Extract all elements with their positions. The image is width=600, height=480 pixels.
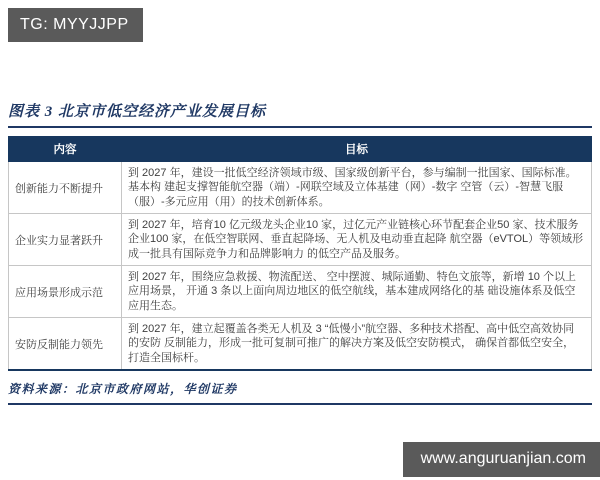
report-figure: 图表 3 北京市低空经济产业发展目标 内容 目标 创新能力不断提升 到 2027…	[8, 100, 592, 405]
table-row: 创新能力不断提升 到 2027 年，建设一批低空经济领域市级、国家级创新平台，参…	[9, 162, 592, 214]
row-content-label: 应用场景形成示范	[9, 266, 122, 318]
header-cell-target: 目标	[122, 137, 592, 162]
row-target-text: 到 2027 年，建设一批低空经济领域市级、国家级创新平台，参与编制一批国家、国…	[122, 162, 592, 214]
table-row: 应用场景形成示范 到 2027 年，围绕应急救援、物流配送、 空中摆渡、城际通勤…	[9, 266, 592, 318]
row-target-text: 到 2027 年，培育10 亿元级龙头企业10 家，过亿元产业链核心环节配套企业…	[122, 214, 592, 266]
row-content-label: 创新能力不断提升	[9, 162, 122, 214]
table-header-row: 内容 目标	[9, 137, 592, 162]
title-rule	[8, 126, 592, 128]
row-content-label: 企业实力显著跃升	[9, 214, 122, 266]
table-row: 安防反制能力领先 到 2027 年，建立起覆盖各类无人机及 3 “低慢小”航空器…	[9, 318, 592, 371]
tg-watermark-badge: TG: MYYJJPP	[8, 8, 143, 42]
row-target-text: 到 2027 年，建立起覆盖各类无人机及 3 “低慢小”航空器、多种技术搭配、高…	[122, 318, 592, 371]
development-goals-table: 内容 目标 创新能力不断提升 到 2027 年，建设一批低空经济领域市级、国家级…	[8, 136, 592, 371]
bottom-rule	[8, 403, 592, 405]
row-target-text: 到 2027 年，围绕应急救援、物流配送、 空中摆渡、城际通勤、特色文旅等，新增…	[122, 266, 592, 318]
table-row: 企业实力显著跃升 到 2027 年，培育10 亿元级龙头企业10 家，过亿元产业…	[9, 214, 592, 266]
figure-title: 图表 3 北京市低空经济产业发展目标	[8, 100, 592, 121]
site-watermark-badge: www.anguruanjian.com	[403, 442, 600, 477]
row-content-label: 安防反制能力领先	[9, 318, 122, 371]
header-cell-content: 内容	[9, 137, 122, 162]
source-note: 资料来源：北京市政府网站，华创证券	[8, 380, 592, 397]
